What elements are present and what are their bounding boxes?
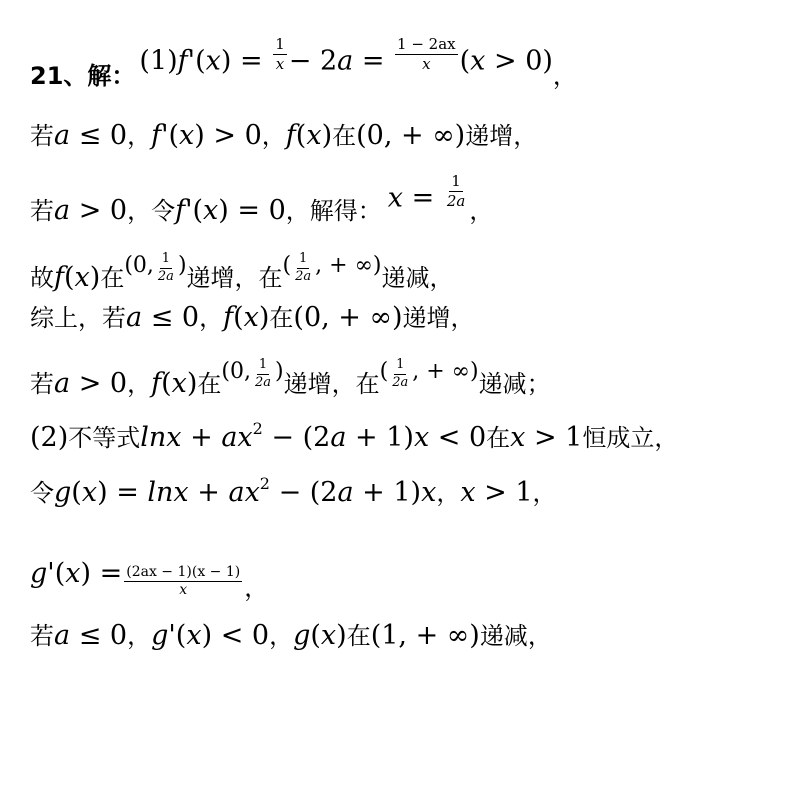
fraction-1-over-2a: 12a <box>445 173 468 209</box>
line-9: g'(x) = (2ax − 1)(x − 1)x ， <box>30 560 268 605</box>
line-2: 若 a ≤ 0， f'(x) > 0， f(x)在 (0, + ∞)递增， <box>30 122 537 149</box>
line-10: 若 a ≤ 0， g'(x) < 0， g(x)在 (1, + ∞)递减， <box>30 622 552 649</box>
math-part1: (1)f'(x) = 1x− 2a = 1 − 2axx(x > 0) <box>139 44 553 80</box>
line-1: 21、解： (1)f'(x) = 1x− 2a = 1 − 2axx(x > 0… <box>30 58 577 94</box>
line-7: (2)不等式 lnx + ax2 − (2a + 1)x < 0 在x > 1恒… <box>30 424 678 451</box>
line-4: 故f(x)在 (0,12a) 递增，在 (12a, + ∞) 递减， <box>30 264 453 296</box>
fraction-gprime: (2ax − 1)(x − 1)x <box>124 565 242 599</box>
line-6: 若 a > 0， f(x)在 (0,12a) 递增，在 (12a, + ∞) 递… <box>30 370 551 402</box>
interval-increasing: (0,12a) <box>124 250 186 282</box>
fraction-1-over-x: 1x <box>273 36 287 72</box>
line-8: 令 g(x) = lnx + ax2 − (2a + 1)x， x > 1， <box>30 479 557 506</box>
line-5: 综上，若 a ≤ 0， f(x)在 (0, + ∞)递增， <box>30 304 475 331</box>
fraction-1-2ax-over-x: 1 − 2axx <box>395 36 458 72</box>
problem-number: 21、解： <box>30 64 135 88</box>
interval-decreasing-2: (12a, + ∞) <box>380 356 479 388</box>
interval-increasing-2: (0,12a) <box>221 356 283 388</box>
line-3: 若 a > 0， 令f'(x) = 0， 解得： x = 12a， <box>30 193 493 229</box>
interval-decreasing: (12a, + ∞) <box>283 250 382 282</box>
